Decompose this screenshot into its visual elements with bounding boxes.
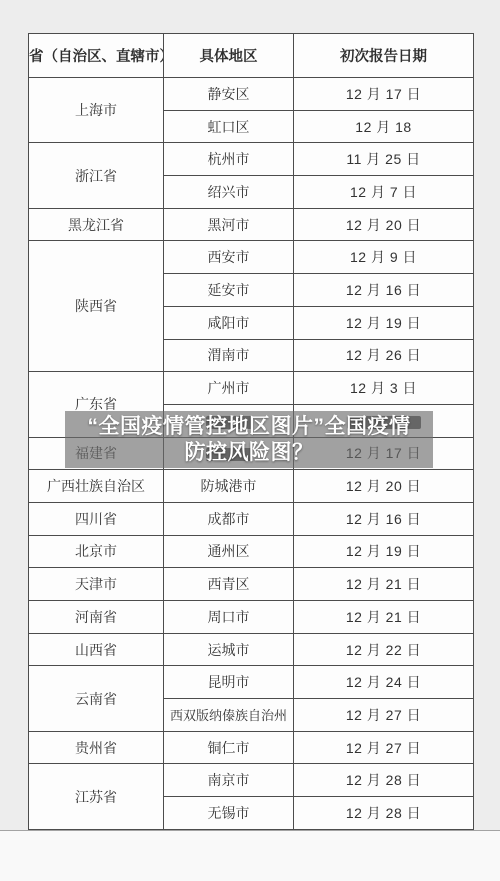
area-cell: 西安市 <box>164 241 294 274</box>
province-cell: 广西壮族自治区 <box>29 470 164 503</box>
date-cell: 12 月 20 日 <box>294 208 474 241</box>
table-row: 上海市 静安区 12 月 17 日 <box>29 78 474 111</box>
province-cell: 陕西省 <box>29 241 164 372</box>
table-row: 天津市 西青区 12 月 21 日 <box>29 568 474 601</box>
table-row: 黑龙江省 黑河市 12 月 20 日 <box>29 208 474 241</box>
date-cell: 12 月 27 日 <box>294 699 474 732</box>
date-cell: 12 月 7 日 <box>294 176 474 209</box>
date-cell: 12 月 22 日 <box>294 633 474 666</box>
province-cell: 天津市 <box>29 568 164 601</box>
province-cell: 四川省 <box>29 502 164 535</box>
table-row: 云南省 昆明市 12 月 24 日 <box>29 666 474 699</box>
table-row: 山西省 运城市 12 月 22 日 <box>29 633 474 666</box>
table-row: 北京市 通州区 12 月 19 日 <box>29 535 474 568</box>
area-cell: 静安区 <box>164 78 294 111</box>
area-cell: 渭南市 <box>164 339 294 372</box>
area-cell: 运城市 <box>164 633 294 666</box>
area-cell: 绍兴市 <box>164 176 294 209</box>
date-cell: 12 月 19 日 <box>294 306 474 339</box>
date-cell: 12 月 9 日 <box>294 241 474 274</box>
date-cell: 12 月 26 日 <box>294 339 474 372</box>
province-cell: 山西省 <box>29 633 164 666</box>
date-cell: 12 月 21 日 <box>294 568 474 601</box>
area-cell: 铜仁市 <box>164 731 294 764</box>
table-row: 陕西省 西安市 12 月 9 日 <box>29 241 474 274</box>
date-cell: 12 月 24 日 <box>294 666 474 699</box>
header-area: 具体地区 <box>164 34 294 78</box>
table-row: 浙江省 杭州市 11 月 25 日 <box>29 143 474 176</box>
date-cell: 12 月 3 日 <box>294 372 474 405</box>
area-cell: 通州区 <box>164 535 294 568</box>
date-cell: 12 月 16 日 <box>294 502 474 535</box>
date-cell: 12 月 27 日 <box>294 731 474 764</box>
area-cell: 无锡市 <box>164 797 294 830</box>
area-cell: 黑河市 <box>164 208 294 241</box>
area-cell: 南京市 <box>164 764 294 797</box>
area-cell: 咸阳市 <box>164 306 294 339</box>
date-cell: 12 月 28 日 <box>294 764 474 797</box>
area-cell: 昆明市 <box>164 666 294 699</box>
table-row: 贵州省 铜仁市 12 月 27 日 <box>29 731 474 764</box>
header-row: 省（自治区、直辖市） 具体地区 初次报告日期 <box>29 34 474 78</box>
area-cell: 成都市 <box>164 502 294 535</box>
area-cell: 杭州市 <box>164 143 294 176</box>
area-cell: 延安市 <box>164 274 294 307</box>
date-cell: 12 月 19 日 <box>294 535 474 568</box>
province-cell: 云南省 <box>29 666 164 731</box>
table-row: 广东省 广州市 12 月 3 日 <box>29 372 474 405</box>
area-cell: 西青区 <box>164 568 294 601</box>
table-row: 河南省 周口市 12 月 21 日 <box>29 601 474 634</box>
date-cell: 12 月 16 日 <box>294 274 474 307</box>
province-cell: 黑龙江省 <box>29 208 164 241</box>
date-cell: 12 月 18 <box>294 110 474 143</box>
epidemic-table-image: 省（自治区、直辖市） 具体地区 初次报告日期 上海市 静安区 12 月 17 日… <box>0 0 500 831</box>
province-cell: 河南省 <box>29 601 164 634</box>
caption-overlay: “全国疫情管控地区图片”全国疫情 防控风险图？ <box>65 411 433 468</box>
caption-line-2: 防控风险图？ <box>185 440 314 466</box>
area-cell: 西双版纳傣族自治州 <box>164 699 294 732</box>
province-cell: 北京市 <box>29 535 164 568</box>
area-cell: 周口市 <box>164 601 294 634</box>
province-cell: 浙江省 <box>29 143 164 208</box>
area-cell: 广州市 <box>164 372 294 405</box>
table-row: 广西壮族自治区 防城港市 12 月 20 日 <box>29 470 474 503</box>
province-cell: 贵州省 <box>29 731 164 764</box>
caption-line-1: “全国疫情管控地区图片”全国疫情 <box>88 414 411 440</box>
date-cell: 12 月 21 日 <box>294 601 474 634</box>
date-cell: 12 月 28 日 <box>294 797 474 830</box>
header-province: 省（自治区、直辖市） <box>29 34 164 78</box>
province-cell: 上海市 <box>29 78 164 143</box>
header-date: 初次报告日期 <box>294 34 474 78</box>
date-cell: 11 月 25 日 <box>294 143 474 176</box>
table-row: 四川省 成都市 12 月 16 日 <box>29 502 474 535</box>
date-cell: 12 月 17 日 <box>294 78 474 111</box>
area-cell: 防城港市 <box>164 470 294 503</box>
table-row: 江苏省 南京市 12 月 28 日 <box>29 764 474 797</box>
date-cell: 12 月 20 日 <box>294 470 474 503</box>
area-cell: 虹口区 <box>164 110 294 143</box>
province-cell: 江苏省 <box>29 764 164 829</box>
